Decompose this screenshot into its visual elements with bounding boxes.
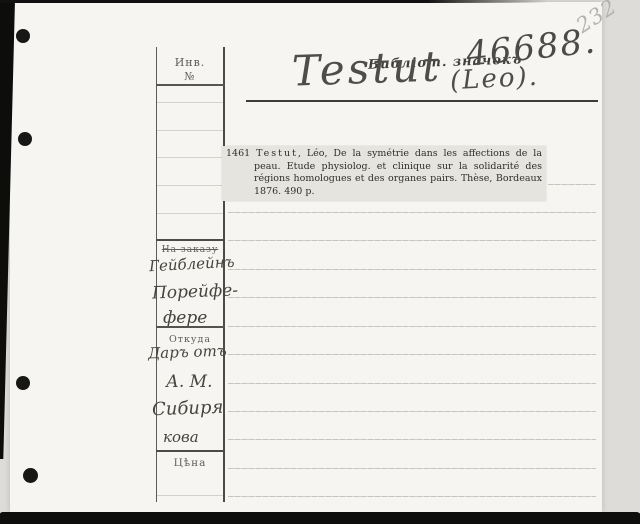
ruled-line (228, 496, 596, 497)
ruled-line (228, 326, 596, 327)
column-divider (156, 239, 225, 241)
punch-hole (23, 468, 38, 483)
origin-entry-handwritten: Сибиря (152, 397, 224, 420)
author-name-handwritten: Testut (291, 41, 443, 95)
ruled-line (228, 240, 596, 241)
column-ruled-line (157, 102, 223, 103)
punch-hole (16, 29, 30, 43)
scan-edge-top (0, 0, 548, 3)
column-divider (156, 450, 225, 452)
ruled-line (548, 184, 596, 185)
column-divider (156, 84, 225, 86)
ruled-line (228, 439, 596, 440)
ruled-line (228, 468, 596, 469)
ruled-line (228, 411, 596, 412)
column-ruled-line (157, 130, 223, 131)
title-underline (246, 100, 598, 102)
scan-edge-bottom (0, 512, 640, 524)
slip-entry-number: 1461 (226, 148, 250, 159)
inventory-label-line2: № (156, 70, 224, 83)
inventory-label-line1: Инв. (156, 56, 224, 69)
origin-entry-handwritten: А. М. (166, 372, 213, 392)
origin-entry-handwritten: кова (163, 428, 199, 446)
ruled-line (228, 354, 596, 355)
author-firstname-handwritten: (Leo). (449, 62, 539, 97)
column-ruled-line (157, 495, 223, 496)
punch-hole (18, 132, 32, 146)
slip-body-text: , Léo, De la symétrie dans les affection… (254, 148, 542, 197)
column-ruled-line (157, 213, 223, 214)
ruled-line (228, 212, 596, 213)
catalog-card-scan: 232 Библіот. значокъ 46688. Testut (Leo)… (0, 0, 640, 524)
slip-author: Testut (256, 148, 298, 159)
order-entry-handwritten: Порейфе- (152, 281, 239, 304)
ruled-line (228, 383, 596, 384)
column-ruled-line (157, 157, 223, 158)
ruled-line (228, 297, 596, 298)
column-divider (156, 326, 225, 328)
order-entry-handwritten: фере (163, 308, 207, 328)
origin-entry-handwritten: Даръ отъ (148, 342, 227, 363)
price-label: Цѣна (156, 457, 224, 469)
ruled-line (228, 269, 596, 270)
punch-hole (16, 376, 30, 390)
bibliographic-slip: 1461 Testut, Léo, De la symétrie dans le… (222, 146, 546, 201)
column-rule-right (223, 47, 225, 502)
column-ruled-line (157, 185, 223, 186)
